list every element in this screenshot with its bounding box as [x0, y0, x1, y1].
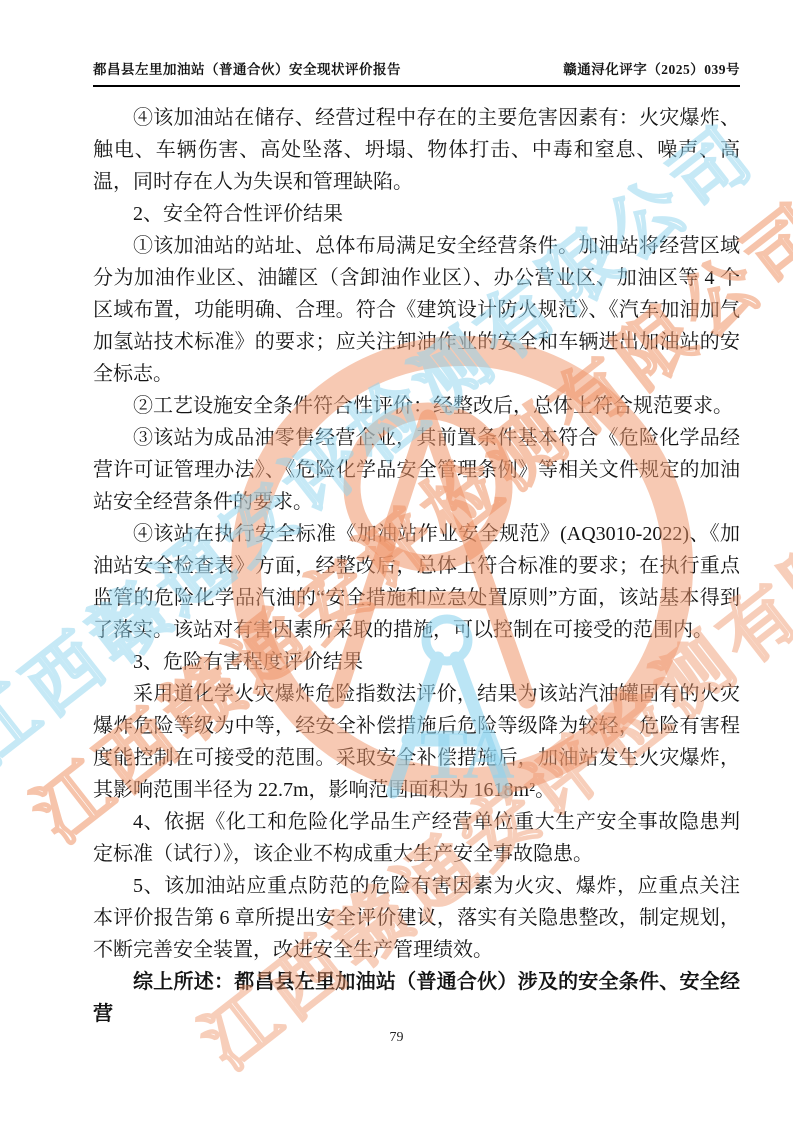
paragraph: ①该加油站的站址、总体布局满足安全经营条件。加油站将经营区域分为加油作业区、油罐…	[93, 230, 740, 390]
body-text: ④该加油站在储存、经营过程中存在的主要危害因素有：火灾爆炸、触电、车辆伤害、高处…	[93, 102, 740, 1030]
paragraph: ④该站在执行安全标准《加油站作业安全规范》(AQ3010-2022)、《加油站安…	[93, 518, 740, 646]
page-number: 79	[0, 1030, 793, 1046]
header-document-code: 赣通浔化评字（2025）039号	[563, 58, 740, 78]
page-header: 都昌县左里加油站（普通合伙）安全现状评价报告 赣通浔化评字（2025）039号	[93, 58, 740, 87]
paragraph: ②工艺设施安全条件符合性评价：经整改后，总体上符合规范要求。	[93, 390, 740, 422]
paragraph: 采用道化学火灾爆炸危险指数法评价，结果为该站汽油罐固有的火灾爆炸危险等级为中等，…	[93, 678, 740, 806]
section-heading: 2、安全符合性评价结果	[93, 198, 740, 230]
report-page: 都昌县左里加油站（普通合伙）安全现状评价报告 赣通浔化评字（2025）039号 …	[0, 0, 793, 1122]
conclusion-line: 综上所述：都昌县左里加油站（普通合伙）涉及的安全条件、安全经营	[93, 966, 740, 1030]
paragraph: ③该站为成品油零售经营企业，其前置条件基本符合《危险化学品经营许可证管理办法》、…	[93, 422, 740, 518]
paragraph: ④该加油站在储存、经营过程中存在的主要危害因素有：火灾爆炸、触电、车辆伤害、高处…	[93, 102, 740, 198]
paragraph: 5、该加油站应重点防范的危险有害因素为火灾、爆炸，应重点关注本评价报告第 6 章…	[93, 870, 740, 966]
header-report-title: 都昌县左里加油站（普通合伙）安全现状评价报告	[93, 58, 401, 78]
paragraph: 4、依据《化工和危险化学品生产经营单位重大生产安全事故隐患判定标准（试行）》，该…	[93, 806, 740, 870]
section-heading: 3、危险有害程度评价结果	[93, 646, 740, 678]
